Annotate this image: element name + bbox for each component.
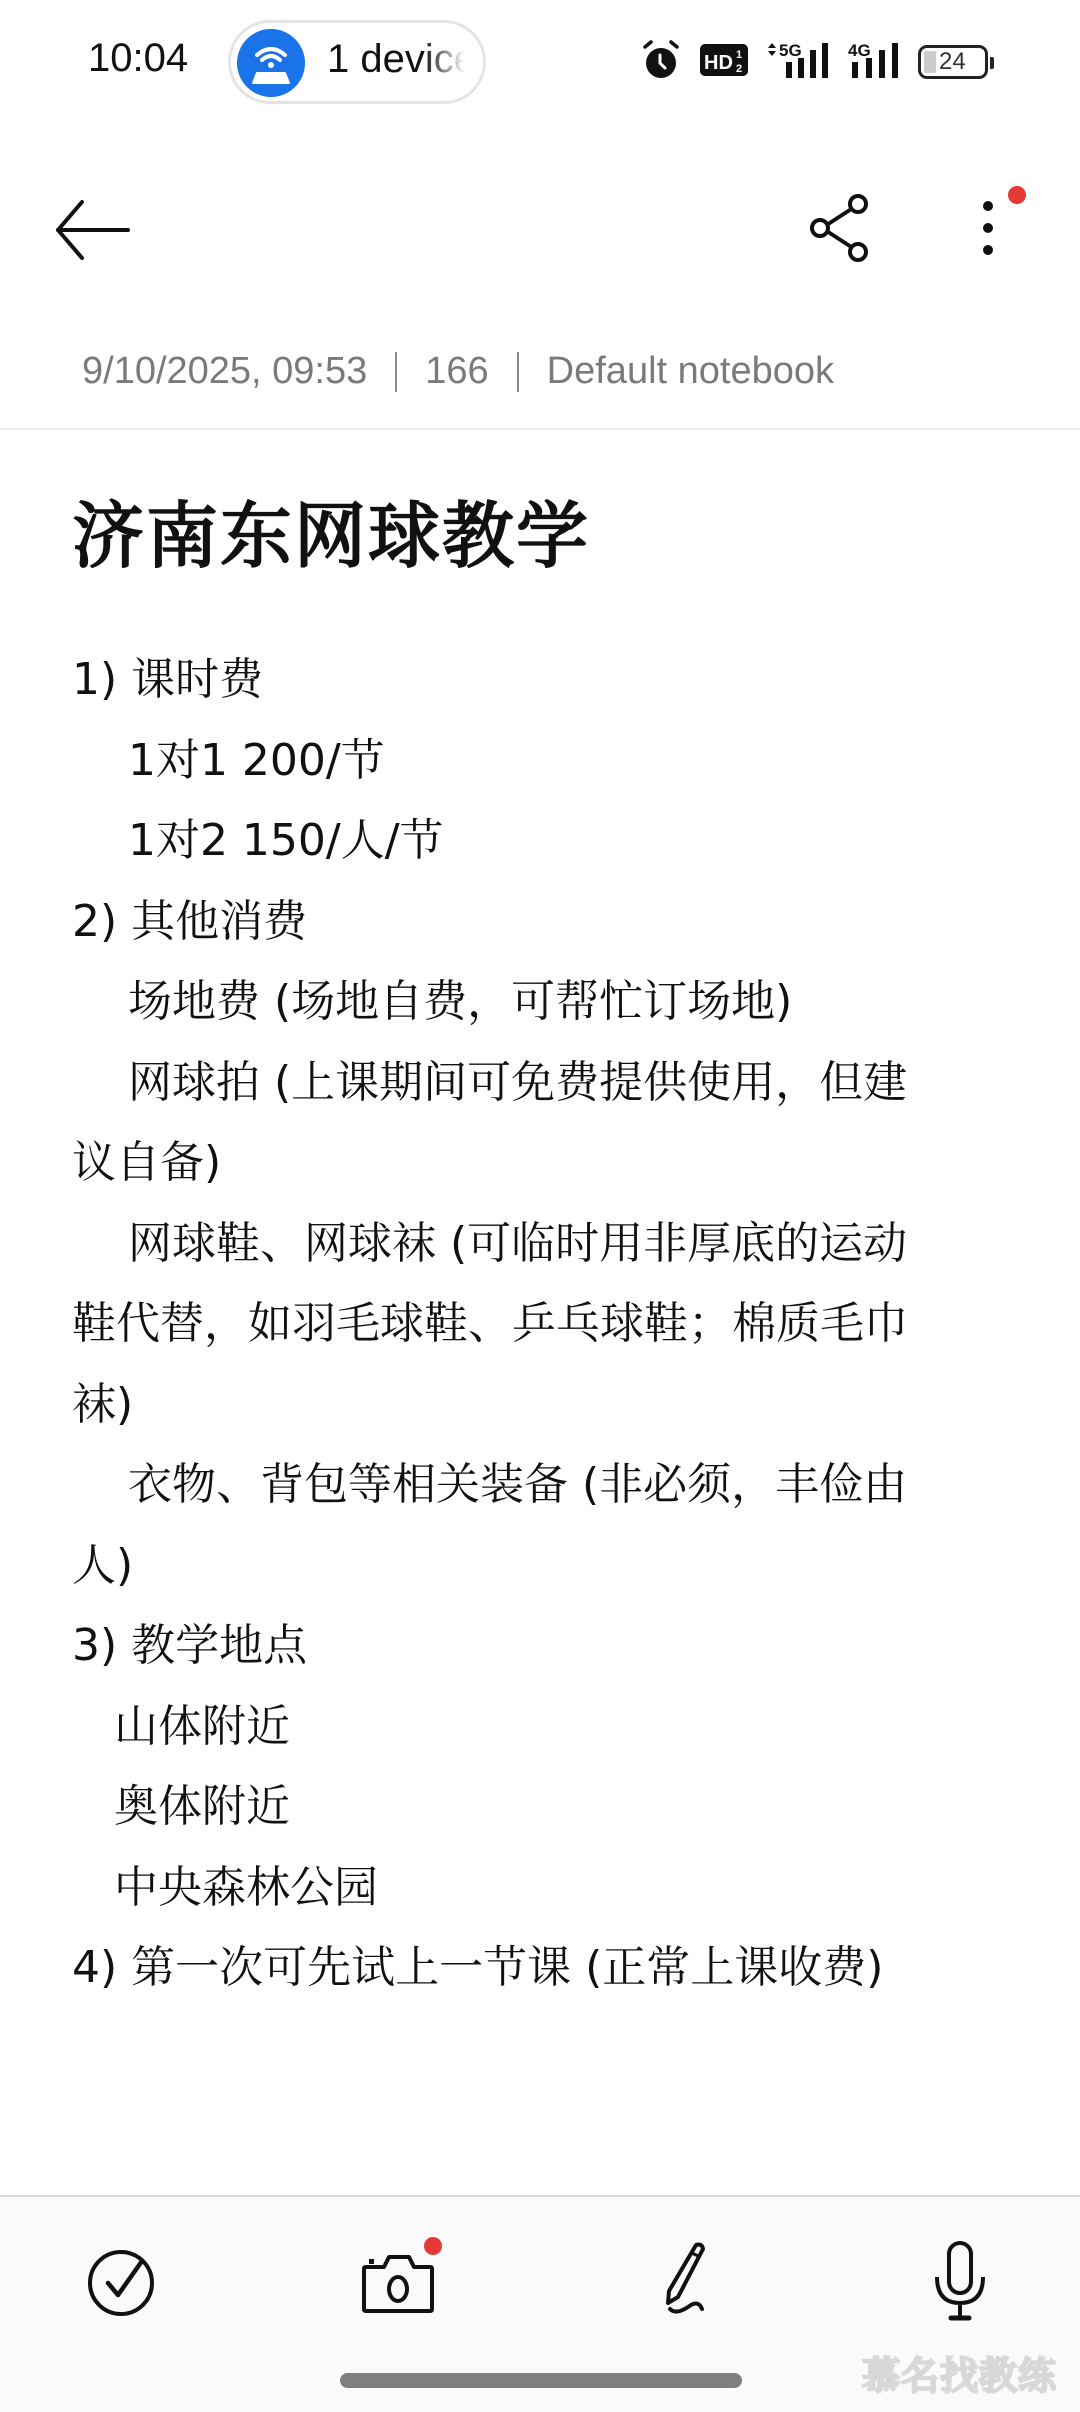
svg-text:1: 1 [736,49,742,61]
note-line: 中央森林公园 [72,1848,1012,1929]
pen-icon [640,2237,730,2327]
note-line: 2) 其他消费 [72,882,1012,963]
more-options-button[interactable] [956,186,1020,270]
battery-level: 24 [939,48,966,76]
note-meta: 9/10/2025, 09:53 166 Default notebook [82,350,834,393]
pill-fade [423,23,483,101]
note-line: 网球拍 (上课期间可免费提供使用，但建 [72,1043,1012,1124]
note-line: 1对2 150/人/节 [72,801,1012,882]
camera-badge [424,2237,442,2255]
svg-text:HD: HD [704,52,733,74]
share-button[interactable] [800,186,884,270]
note-line: 袜) [72,1365,1012,1446]
note-line: 场地费 (场地自费，可帮忙订场地) [72,962,1012,1043]
svg-text:4G: 4G [848,41,871,60]
check-circle-icon [76,2237,166,2327]
checklist-button[interactable] [76,2237,166,2327]
hd-voice-icon: HD 1 2 [700,42,748,82]
note-line: 1) 课时费 [72,640,1012,721]
hotspot-router-icon [237,29,305,97]
note-line: 人) [72,1526,1012,1607]
status-time: 10:04 [88,36,188,81]
back-button[interactable] [52,190,132,270]
meta-divider [0,428,1080,430]
battery-icon: 24 [918,45,988,79]
status-icons: HD 1 2 5G 4G 24 [640,38,988,86]
hotspot-pill[interactable]: 1 device [228,20,486,104]
home-indicator[interactable] [340,2373,742,2388]
voice-button[interactable] [915,2237,1005,2327]
note-line: 网球鞋、网球袜 (可临时用非厚底的运动 [72,1204,1012,1285]
note-line: 3) 教学地点 [72,1606,1012,1687]
note-line: 1对1 200/节 [72,721,1012,802]
note-notebook-link[interactable]: Default notebook [547,350,834,393]
4g-signal-icon: 4G [848,40,900,84]
note-datetime: 9/10/2025, 09:53 [82,350,367,393]
svg-text:5G: 5G [779,41,802,60]
arrow-left-icon [52,190,132,270]
svg-text:2: 2 [736,63,742,75]
note-line: 4) 第一次可先试上一节课 (正常上课收费) [72,1928,1012,2009]
note-line: 奥体附近 [72,1767,1012,1848]
note-line: 山体附近 [72,1687,1012,1768]
watermark: 慕名找教练 [862,2345,1057,2400]
note-line: 议自备) [72,1123,1012,1204]
note-body[interactable]: 1) 课时费 1对1 200/节 1对2 150/人/节 2) 其他消费 场地费… [72,640,1012,2009]
notification-dot [1008,186,1026,204]
share-icon [800,186,884,270]
note-line: 鞋代替，如羽毛球鞋、乒乓球鞋；棉质毛巾 [72,1284,1012,1365]
meta-separator [395,352,397,392]
meta-separator [517,352,519,392]
note-title[interactable]: 济南东网球教学 [72,478,590,582]
handwriting-button[interactable] [640,2237,730,2327]
note-line: 衣物、背包等相关装备 (非必须，丰俭由 [72,1445,1012,1526]
microphone-icon [915,2237,1005,2327]
camera-button[interactable] [354,2237,444,2327]
5g-signal-icon: 5G [766,40,830,84]
alarm-icon [640,39,682,85]
note-char-count: 166 [425,350,488,393]
